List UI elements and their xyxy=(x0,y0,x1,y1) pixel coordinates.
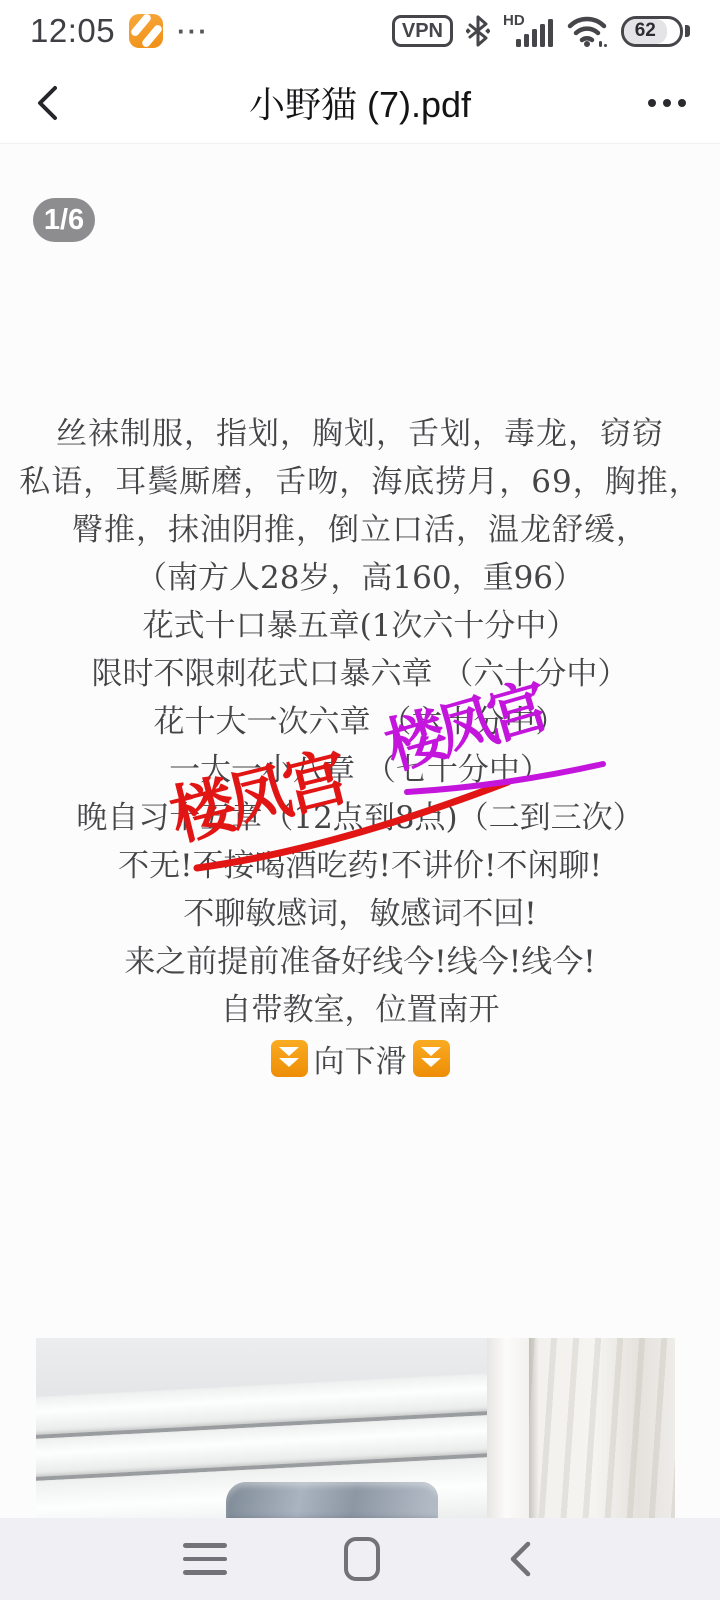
battery-percent: 62 xyxy=(635,20,656,42)
pdf-page-text: 丝袜制服，指划，胸划，舌划，毒龙，窃窃 私语，耳鬓厮磨，舌吻，海底捞月，69，胸… xyxy=(0,410,720,1082)
doc-line: 来之前提前准备好线今!线今!线今! xyxy=(0,938,720,986)
pdf-photo xyxy=(36,1338,675,1518)
doc-line: 花十大一次六章 （六十分中） xyxy=(0,698,720,746)
back-nav-button[interactable] xyxy=(475,1518,565,1600)
battery-icon: 62 xyxy=(621,16,690,47)
more-options-icon[interactable] xyxy=(648,99,686,107)
doc-line: 私语，耳鬓厮磨，舌吻，海底捞月，69，胸推， xyxy=(0,458,720,506)
doc-line: （南方人28岁，高160，重96） xyxy=(0,554,720,602)
double-down-arrow-icon xyxy=(271,1040,308,1077)
pdf-scroll-area[interactable]: 1/6 丝袜制服，指划，胸划，舌划，毒龙，窃窃 私语，耳鬓厮磨，舌吻，海底捞月，… xyxy=(0,144,720,1518)
scroll-hint: 向下滑 xyxy=(0,1034,720,1082)
doc-line: 晚自习十五章（12点到8点)（二到三次） xyxy=(0,794,720,842)
notification-app-icon xyxy=(129,14,163,48)
bluetooth-icon xyxy=(466,15,490,47)
doc-line: 一大一小八章 （七十分中） xyxy=(0,746,720,794)
status-bar: 12:05 ··· VPN HD 62 xyxy=(0,0,720,62)
doc-line: 丝袜制服，指划，胸划，舌划，毒龙，窃窃 xyxy=(0,410,720,458)
double-down-arrow-icon xyxy=(413,1040,450,1077)
doc-line: 限时不限刺花式口暴六章 （六十分中） xyxy=(0,650,720,698)
doc-line: 臀推，抹油阴推，倒立口活，温龙舒缓， xyxy=(0,506,720,554)
home-icon xyxy=(344,1537,380,1581)
doc-line: 花式十口暴五章(1次六十分中） xyxy=(0,602,720,650)
page-indicator-badge: 1/6 xyxy=(33,198,95,242)
page-title: 小野猫 (7).pdf xyxy=(0,77,720,128)
doc-line: 不无!不接喝酒吃药!不讲价!不闲聊! xyxy=(0,842,720,890)
photo-pillow xyxy=(226,1482,438,1518)
menu-icon xyxy=(183,1543,227,1575)
clock: 12:05 xyxy=(30,12,115,50)
doc-line: 不聊敏感词，敏感词不回! xyxy=(0,890,720,938)
recents-button[interactable] xyxy=(160,1518,250,1600)
vpn-icon: VPN xyxy=(392,15,453,47)
navigation-bar xyxy=(0,1518,720,1600)
wifi-icon xyxy=(566,13,608,49)
back-icon[interactable] xyxy=(34,84,60,122)
photo-column-edge xyxy=(487,1338,529,1518)
back-nav-icon xyxy=(508,1540,532,1578)
signal-icon: HD xyxy=(503,13,553,49)
photo-marble-column xyxy=(529,1338,675,1518)
home-button[interactable] xyxy=(317,1518,407,1600)
title-bar: 小野猫 (7).pdf xyxy=(0,62,720,144)
doc-line: 自带教室，位置南开 xyxy=(0,986,720,1034)
